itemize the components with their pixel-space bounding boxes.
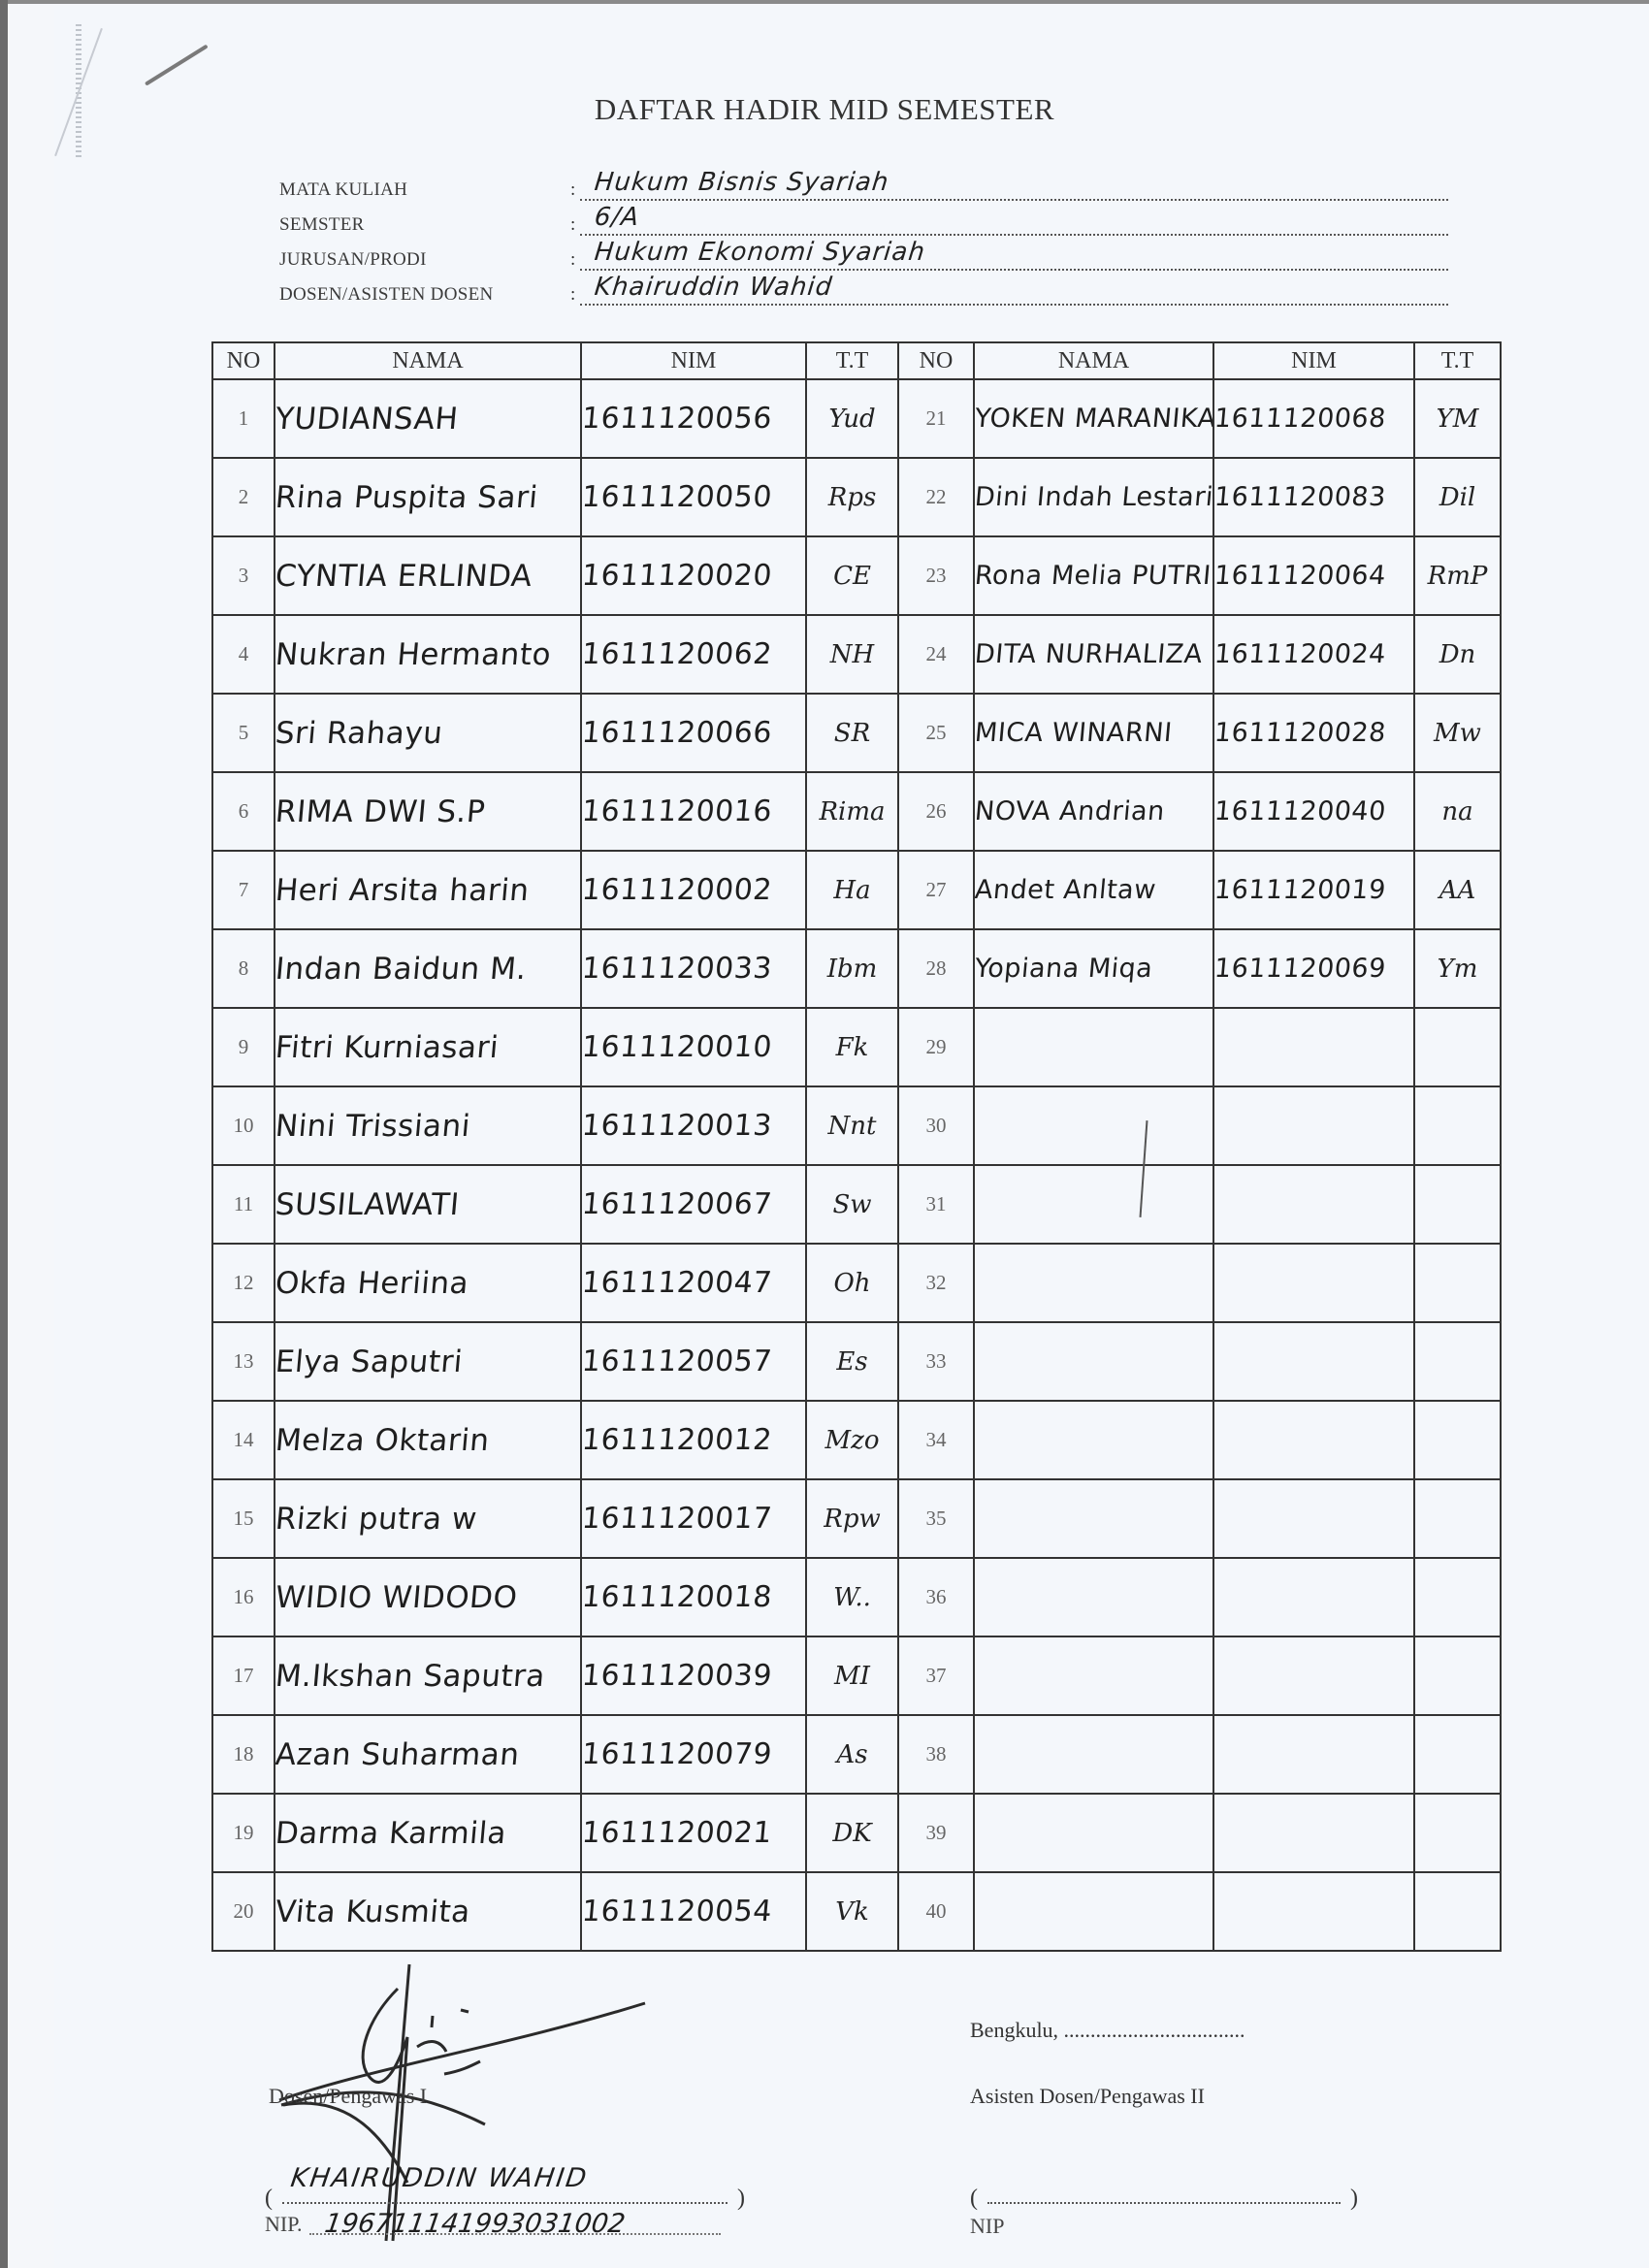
student-nim-cell: 1611120083 [1213, 458, 1414, 536]
row-number: 23 [926, 564, 947, 587]
row-number-cell: 35 [898, 1479, 974, 1558]
signature-cell: Dil [1414, 458, 1501, 536]
row-number-cell: 26 [898, 772, 974, 851]
table-row: 7Heri Arsita harin1611120002Ha27Andet An… [212, 851, 1501, 929]
signature: Rpw [824, 1505, 880, 1534]
supervisor-1-label: Dosen/Pengawas I [269, 2084, 427, 2109]
row-number-cell: 15 [212, 1479, 275, 1558]
student-name: DITA NURHALIZA [974, 639, 1204, 669]
signature-cell: W.. [806, 1558, 898, 1636]
signature-cell: Vk [806, 1872, 898, 1951]
student-name: Fitri Kurniasari [275, 1030, 501, 1065]
signature: YM [1437, 405, 1479, 434]
signature-cell: Nnt [806, 1086, 898, 1165]
signature: SR [834, 719, 870, 748]
student-nim: 1611120013 [581, 1109, 773, 1143]
table-row: 5Sri Rahayu1611120066SR25MICA WINARNI161… [212, 694, 1501, 772]
row-number-cell: 10 [212, 1086, 275, 1165]
meta-label: DOSEN/ASISTEN DOSEN [279, 284, 494, 306]
row-number: 18 [234, 1742, 254, 1766]
student-name-cell: Rona Melia PUTRI [974, 536, 1213, 615]
header-nim: NIM [581, 342, 806, 379]
student-name-cell: CYNTIA ERLINDA [275, 536, 581, 615]
row-number: 12 [234, 1271, 254, 1294]
table-row: 19Darma Karmila1611120021DK39 [212, 1794, 1501, 1872]
student-nim-cell: 1611120019 [1213, 851, 1414, 929]
student-nim-cell: 1611120039 [581, 1636, 806, 1715]
signature-cell: As [806, 1715, 898, 1794]
student-nim: 1611120028 [1213, 718, 1387, 748]
table-row: 2Rina Puspita Sari1611120050Rps22Dini In… [212, 458, 1501, 536]
row-number-cell: 21 [898, 379, 974, 458]
student-name-cell: Fitri Kurniasari [275, 1008, 581, 1086]
row-number-cell: 1 [212, 379, 275, 458]
header-nama: NAMA [275, 342, 581, 379]
signature-cell [1414, 1715, 1501, 1794]
student-nim-cell [1213, 1165, 1414, 1244]
student-nim-cell [1213, 1244, 1414, 1322]
signature-cell: NH [806, 615, 898, 694]
student-nim-cell: 1611120057 [581, 1322, 806, 1401]
signature: Rps [828, 483, 877, 512]
row-number-cell: 39 [898, 1794, 974, 1872]
student-nim: 1611120020 [581, 559, 773, 593]
row-number: 40 [926, 1899, 947, 1923]
student-nim: 1611120040 [1213, 796, 1387, 826]
signature-cell: Mw [1414, 694, 1501, 772]
header-tt: T.T [1414, 342, 1501, 379]
meta-colon: : [570, 179, 575, 201]
student-name-cell [974, 1558, 1213, 1636]
student-nim-cell: 1611120033 [581, 929, 806, 1008]
row-number: 31 [926, 1192, 947, 1215]
row-number: 2 [239, 485, 249, 508]
student-name-cell [974, 1715, 1213, 1794]
student-name-cell: Nini Trissiani [275, 1086, 581, 1165]
student-nim: 1611120002 [581, 873, 773, 907]
student-nim: 1611120047 [581, 1266, 773, 1300]
student-name-cell: NOVA Andrian [974, 772, 1213, 851]
student-nim: 1611120050 [581, 480, 773, 514]
row-number-cell: 20 [212, 1872, 275, 1951]
signature-cell: DK [806, 1794, 898, 1872]
student-name-cell: Heri Arsita harin [275, 851, 581, 929]
student-name-cell: MICA WINARNI [974, 694, 1213, 772]
table-row: 9Fitri Kurniasari1611120010Fk29 [212, 1008, 1501, 1086]
row-number: 9 [239, 1035, 249, 1058]
row-number: 26 [926, 799, 947, 823]
signature-cell [1414, 1322, 1501, 1401]
student-nim: 1611120083 [1213, 482, 1387, 512]
student-nim-cell: 1611120017 [581, 1479, 806, 1558]
table-row: 17M.Ikshan Saputra1611120039MI37 [212, 1636, 1501, 1715]
row-number: 10 [234, 1114, 254, 1137]
signature: Sw [832, 1190, 871, 1219]
student-nim: 1611120062 [581, 637, 773, 671]
student-name: Elya Saputri [275, 1345, 464, 1379]
signature: Vk [835, 1897, 869, 1927]
student-name: Azan Suharman [275, 1737, 521, 1772]
row-number-cell: 23 [898, 536, 974, 615]
signature-cell: RmP [1414, 536, 1501, 615]
signature-cell [1414, 1165, 1501, 1244]
student-nim-cell [1213, 1794, 1414, 1872]
row-number-cell: 27 [898, 851, 974, 929]
row-number-cell: 30 [898, 1086, 974, 1165]
dotted-line [580, 269, 1448, 271]
signature: MI [834, 1662, 870, 1691]
student-name: MICA WINARNI [974, 718, 1174, 748]
table-row: 6RIMA DWI S.P1611120016Rima26NOVA Andria… [212, 772, 1501, 851]
table-row: 14Melza Oktarin1611120012Mzo34 [212, 1401, 1501, 1479]
student-nim: 1611120054 [581, 1895, 773, 1928]
student-name-cell: Darma Karmila [275, 1794, 581, 1872]
student-name-cell: Melza Oktarin [275, 1401, 581, 1479]
row-number-cell: 22 [898, 458, 974, 536]
signature: Yud [828, 405, 875, 434]
student-name-cell: RIMA DWI S.P [275, 772, 581, 851]
table-row: 3CYNTIA ERLINDA1611120020CE23Rona Melia … [212, 536, 1501, 615]
signature-cell: Fk [806, 1008, 898, 1086]
student-name-cell [974, 1479, 1213, 1558]
row-number: 3 [239, 564, 249, 587]
row-number-cell: 37 [898, 1636, 974, 1715]
table-row: 4Nukran Hermanto1611120062NH24DITA NURHA… [212, 615, 1501, 694]
row-number: 25 [926, 721, 947, 744]
student-name-cell [974, 1401, 1213, 1479]
row-number-cell: 5 [212, 694, 275, 772]
table-header-row: NO NAMA NIM T.T NO NAMA NIM T.T [212, 342, 1501, 379]
row-number-cell: 25 [898, 694, 974, 772]
row-number: 8 [239, 956, 249, 980]
row-number-cell: 13 [212, 1322, 275, 1401]
meta-mata-kuliah: MATA KULIAH : Hukum Bisnis Syariah [279, 170, 1448, 205]
student-name: NOVA Andrian [974, 796, 1166, 826]
student-name-cell [974, 1086, 1213, 1165]
dotted-line [580, 234, 1448, 236]
meta-semester: SEMSTER : 6/A [279, 205, 1448, 240]
student-name: YOKEN MARANIKA [974, 404, 1213, 434]
student-name-cell: Indan Baidun M. [275, 929, 581, 1008]
row-number-cell: 40 [898, 1872, 974, 1951]
student-nim-cell [1213, 1872, 1414, 1951]
student-nim-cell: 1611120047 [581, 1244, 806, 1322]
row-number: 34 [926, 1428, 947, 1451]
table-row: 13Elya Saputri1611120057Es33 [212, 1322, 1501, 1401]
table-row: 10Nini Trissiani1611120013Nnt30 [212, 1086, 1501, 1165]
student-nim: 1611120067 [581, 1187, 773, 1221]
student-nim-cell: 1611120012 [581, 1401, 806, 1479]
row-number: 11 [234, 1192, 253, 1215]
signature-cell: Ym [1414, 929, 1501, 1008]
table-row: 8Indan Baidun M.1611120033Ibm28Yopiana M… [212, 929, 1501, 1008]
meta-value: Hukum Bisnis Syariah [593, 168, 890, 197]
scan-border-left [0, 0, 8, 2268]
signature: W.. [833, 1583, 871, 1612]
student-nim: 1611120019 [1213, 875, 1387, 905]
student-name-cell [974, 1322, 1213, 1401]
signature-cell: Yud [806, 379, 898, 458]
row-number-cell: 9 [212, 1008, 275, 1086]
signature: Ym [1438, 955, 1478, 984]
student-name-cell: DITA NURHALIZA [974, 615, 1213, 694]
student-nim-cell: 1611120021 [581, 1794, 806, 1872]
row-number-cell: 34 [898, 1401, 974, 1479]
supervisor-1-name-line: () [265, 2183, 745, 2212]
signature-cell: Rpw [806, 1479, 898, 1558]
student-name: Rona Melia PUTRI [974, 561, 1212, 591]
signature: Mw [1434, 719, 1481, 748]
student-name: CYNTIA ERLINDA [275, 559, 533, 594]
table-row: 20Vita Kusmita1611120054Vk40 [212, 1872, 1501, 1951]
student-name: Vita Kusmita [275, 1895, 471, 1929]
student-nim-cell [1213, 1715, 1414, 1794]
student-name-cell [974, 1244, 1213, 1322]
supervisor-2-label: Asisten Dosen/Pengawas II [970, 2084, 1205, 2109]
signature: CE [833, 562, 871, 591]
row-number: 19 [234, 1821, 254, 1844]
student-name-cell: YUDIANSAH [275, 379, 581, 458]
student-nim: 1611120016 [581, 794, 773, 828]
student-nim: 1611120068 [1213, 404, 1387, 434]
row-number-cell: 8 [212, 929, 275, 1008]
signature: Dil [1439, 483, 1475, 512]
student-name: Sri Rahayu [275, 716, 444, 751]
signature-cell: Ibm [806, 929, 898, 1008]
signature: Mzo [825, 1426, 880, 1455]
row-number-cell: 2 [212, 458, 275, 536]
student-name: M.Ikshan Saputra [275, 1659, 546, 1694]
nip-label: NIP. [265, 2212, 303, 2236]
row-number: 39 [926, 1821, 947, 1844]
row-number: 37 [926, 1664, 947, 1687]
meta-label: SEMSTER [279, 214, 365, 236]
student-nim: 1611120024 [1213, 639, 1387, 669]
student-nim: 1611120079 [581, 1737, 773, 1771]
student-nim-cell: 1611120020 [581, 536, 806, 615]
signature-cell: CE [806, 536, 898, 615]
meta-label: JURUSAN/PRODI [279, 249, 427, 271]
student-nim: 1611120069 [1213, 954, 1387, 984]
student-name: Andet Anltaw [974, 875, 1157, 905]
scan-border-top [0, 0, 1649, 4]
table-row: 11SUSILAWATI1611120067Sw31 [212, 1165, 1501, 1244]
row-number: 17 [234, 1664, 254, 1687]
row-number: 20 [234, 1899, 254, 1923]
nip-label: NIP [970, 2214, 1004, 2238]
meta-value: 6/A [593, 203, 640, 232]
row-number: 5 [239, 721, 249, 744]
student-nim-cell: 1611120050 [581, 458, 806, 536]
student-nim-cell [1213, 1322, 1414, 1401]
row-number: 27 [926, 878, 947, 901]
signature-cell: SR [806, 694, 898, 772]
document-title: DAFTAR HADIR MID SEMESTER [0, 92, 1649, 127]
row-number-cell: 38 [898, 1715, 974, 1794]
signature: Oh [833, 1269, 870, 1298]
meta-value: Hukum Ekonomi Syariah [593, 238, 926, 267]
signature-cell [1414, 1008, 1501, 1086]
row-number-cell: 36 [898, 1558, 974, 1636]
student-nim-cell [1213, 1008, 1414, 1086]
student-name: YUDIANSAH [275, 402, 460, 437]
student-name-cell: Dini Indah Lestari [974, 458, 1213, 536]
student-name-cell: Rizki putra w [275, 1479, 581, 1558]
student-name-cell: YOKEN MARANIKA [974, 379, 1213, 458]
row-number-cell: 29 [898, 1008, 974, 1086]
student-nim: 1611120021 [581, 1816, 773, 1850]
row-number-cell: 7 [212, 851, 275, 929]
row-number: 4 [239, 642, 249, 665]
student-name: SUSILAWATI [275, 1187, 461, 1222]
student-nim-cell: 1611120016 [581, 772, 806, 851]
student-name: Rina Puspita Sari [275, 480, 539, 515]
header-nim: NIM [1213, 342, 1414, 379]
signature-cell: Rps [806, 458, 898, 536]
student-nim-cell: 1611120066 [581, 694, 806, 772]
student-nim: 1611120039 [581, 1659, 773, 1693]
row-number-cell: 4 [212, 615, 275, 694]
signature-cell: YM [1414, 379, 1501, 458]
student-nim-cell [1213, 1636, 1414, 1715]
signature-cell: Dn [1414, 615, 1501, 694]
row-number: 21 [926, 406, 947, 430]
student-nim: 1611120017 [581, 1502, 773, 1536]
student-name: Nini Trissiani [275, 1109, 471, 1144]
signature-cell: Ha [806, 851, 898, 929]
signature: Rima [819, 797, 885, 826]
student-nim-cell: 1611120062 [581, 615, 806, 694]
student-name-cell: Okfa Heriina [275, 1244, 581, 1322]
student-nim: 1611120010 [581, 1030, 773, 1064]
row-number: 38 [926, 1742, 947, 1766]
row-number-cell: 17 [212, 1636, 275, 1715]
supervisor-2-nip-row: NIP [970, 2214, 1048, 2243]
attendance-body: 1YUDIANSAH1611120056Yud21YOKEN MARANIKA1… [212, 379, 1501, 1951]
row-number: 33 [926, 1349, 947, 1373]
signature-cell: Es [806, 1322, 898, 1401]
supervisor-1-nip: 196711141993031002 [323, 2209, 628, 2239]
signature: Dn [1439, 640, 1476, 669]
student-nim-cell: 1611120002 [581, 851, 806, 929]
row-number-cell: 16 [212, 1558, 275, 1636]
signature-cell: Rima [806, 772, 898, 851]
meta-colon: : [570, 249, 575, 271]
student-name: RIMA DWI S.P [275, 794, 487, 829]
signature: Es [836, 1347, 867, 1377]
student-name-cell: Elya Saputri [275, 1322, 581, 1401]
meta-label: MATA KULIAH [279, 179, 407, 201]
student-nim: 1611120066 [581, 716, 773, 750]
student-nim-cell: 1611120069 [1213, 929, 1414, 1008]
student-nim: 1611120033 [581, 952, 773, 986]
student-name: Indan Baidun M. [275, 952, 528, 987]
student-name: Rizki putra w [275, 1502, 478, 1537]
student-name: Heri Arsita harin [275, 873, 531, 908]
row-number-cell: 24 [898, 615, 974, 694]
signature: DK [832, 1819, 871, 1848]
row-number: 7 [239, 878, 249, 901]
signature-cell: AA [1414, 851, 1501, 929]
student-name-cell [974, 1165, 1213, 1244]
signature: Ibm [827, 955, 878, 984]
signature-cell: na [1414, 772, 1501, 851]
header-no: NO [898, 342, 974, 379]
signature-cell [1414, 1872, 1501, 1951]
student-name: Melza Oktarin [275, 1423, 491, 1458]
signature-cell [1414, 1558, 1501, 1636]
row-number: 1 [239, 406, 249, 430]
student-name-cell: Azan Suharman [275, 1715, 581, 1794]
student-nim-cell [1213, 1086, 1414, 1165]
student-name: Okfa Heriina [275, 1266, 470, 1301]
student-nim-cell [1213, 1558, 1414, 1636]
student-nim-cell: 1611120079 [581, 1715, 806, 1794]
signature-cell [1414, 1401, 1501, 1479]
student-name-cell: Sri Rahayu [275, 694, 581, 772]
table-row: 18Azan Suharman1611120079As38 [212, 1715, 1501, 1794]
signature-cell [1414, 1244, 1501, 1322]
dotted-line [580, 199, 1448, 201]
signature: NH [830, 640, 874, 669]
row-number-cell: 28 [898, 929, 974, 1008]
signature-cell: MI [806, 1636, 898, 1715]
row-number: 24 [926, 642, 947, 665]
student-name: Dini Indah Lestari [974, 482, 1213, 512]
student-name-cell: Yopiana Miqa [974, 929, 1213, 1008]
student-nim-cell: 1611120054 [581, 1872, 806, 1951]
row-number: 29 [926, 1035, 947, 1058]
table-row: 12Okfa Heriina1611120047Oh32 [212, 1244, 1501, 1322]
student-name-cell: Rina Puspita Sari [275, 458, 581, 536]
student-nim: 1611120064 [1213, 561, 1387, 591]
signature-cell [1414, 1086, 1501, 1165]
student-nim-cell: 1611120068 [1213, 379, 1414, 458]
student-name-cell: Vita Kusmita [275, 1872, 581, 1951]
row-number: 22 [926, 485, 947, 508]
student-nim: 1611120012 [581, 1423, 773, 1457]
row-number: 14 [234, 1428, 254, 1451]
signature: Fk [836, 1033, 869, 1062]
signature: As [836, 1740, 867, 1769]
row-number-cell: 33 [898, 1322, 974, 1401]
signature: Ha [833, 876, 870, 905]
header-no: NO [212, 342, 275, 379]
supervisor-2-name-line: () [970, 2183, 1358, 2212]
student-nim-cell: 1611120024 [1213, 615, 1414, 694]
signature-cell: Oh [806, 1244, 898, 1322]
signature: RmP [1428, 562, 1488, 591]
signature: Nnt [828, 1112, 877, 1141]
student-name-cell: SUSILAWATI [275, 1165, 581, 1244]
table-row: 15Rizki putra w1611120017Rpw35 [212, 1479, 1501, 1558]
place-date: Bengkulu, ..............................… [970, 2018, 1245, 2043]
signature-cell: Sw [806, 1165, 898, 1244]
meta-colon: : [570, 284, 575, 306]
row-number-cell: 3 [212, 536, 275, 615]
student-nim-cell: 1611120067 [581, 1165, 806, 1244]
row-number: 35 [926, 1507, 947, 1530]
student-name-cell: Nukran Hermanto [275, 615, 581, 694]
row-number: 30 [926, 1114, 947, 1137]
row-number-cell: 12 [212, 1244, 275, 1322]
student-name-cell [974, 1636, 1213, 1715]
table-row: 16WIDIO WIDODO1611120018W..36 [212, 1558, 1501, 1636]
student-nim-cell [1213, 1401, 1414, 1479]
signature-cell [1414, 1794, 1501, 1872]
student-name: WIDIO WIDODO [275, 1580, 519, 1615]
meta-colon: : [570, 214, 575, 236]
